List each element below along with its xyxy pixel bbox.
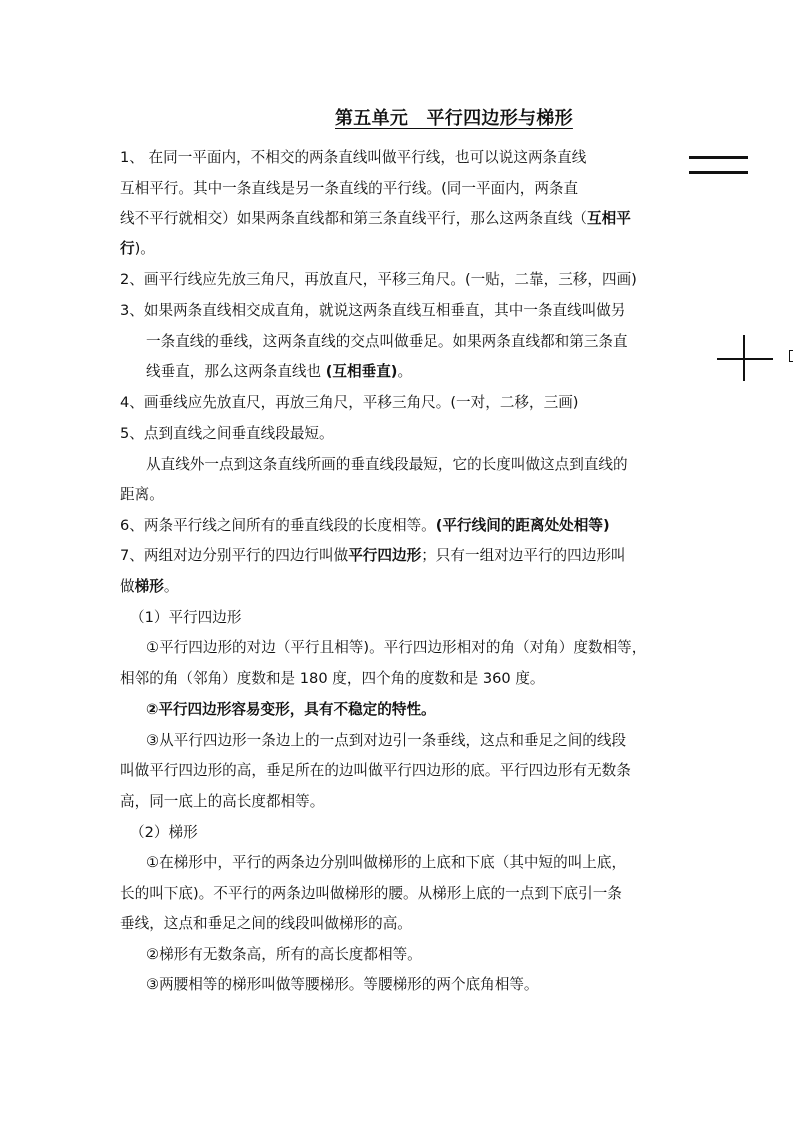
bold-text: (互相垂直) — [326, 363, 398, 380]
text-line: 4、画垂线应先放直尺，再放三角尺，平移三角尺。(一对，二移，三画) — [120, 393, 579, 413]
text-line: 垂线，这点和垂足之间的线段叫做梯形的高。 — [120, 914, 412, 934]
text-span: 长的叫下底)。不平行的两条边叫做梯形的腰。从梯形上底的一点到下底引一条 — [120, 885, 622, 902]
text-span: 6、两条平行线之间所有的垂直线段的长度相等。 — [120, 517, 436, 534]
text-span: 从直线外一点到这条直线所画的垂直线段最短，它的长度叫做这点到直线的 — [146, 456, 628, 473]
text-line: 互相平行。其中一条直线是另一条直线的平行线。(同一平面内，两条直 — [120, 179, 578, 199]
text-line: 做梯形。 — [120, 577, 178, 597]
subsection-heading: （2）梯形 — [130, 823, 198, 843]
text-span: 线不平行就相交）如果两条直线都和第三条直线平行，那么这两条直线（ — [120, 210, 587, 227]
equals-mark-icon — [689, 156, 748, 159]
text-span: 叫做平行四边形的高，垂足所在的边叫做平行四边形的底。平行四边形有无数条 — [120, 762, 631, 779]
text-span: 。 — [397, 363, 412, 380]
bracket-mark-icon — [789, 350, 793, 362]
text-span: 4、画垂线应先放直尺，再放三角尺，平移三角尺。(一对，二移，三画) — [120, 394, 579, 411]
text-line: ③从平行四边形一条边上的一点到对边引一条垂线，这点和垂足之间的线段 — [146, 731, 626, 751]
bold-text: 梯形 — [135, 578, 164, 595]
text-span: 7、两组对边分别平行的四边行叫做 — [120, 547, 348, 564]
text-span: ①平行四边形的对边（平行且相等)。平行四边形相对的角（对角）度数相等， — [146, 639, 646, 656]
bold-text: 平行四边形 — [348, 547, 421, 564]
text-span: 3、如果两条直线相交成直角，就说这两条直线互相垂直，其中一条直线叫做另 — [120, 302, 625, 319]
subsection-heading: （1）平行四边形 — [130, 608, 241, 628]
text-line: ②平行四边形容易变形，具有不稳定的特性。 — [146, 700, 436, 720]
text-span: （1）平行四边形 — [130, 609, 241, 626]
text-line: ③两腰相等的梯形叫做等腰梯形。等腰梯形的两个底角相等。 — [146, 975, 539, 995]
text-span: 1、 在同一平面内，不相交的两条直线叫做平行线，也可以说这两条直线 — [120, 149, 586, 166]
text-span: 。 — [164, 578, 179, 595]
text-span: 垂线，这点和垂足之间的线段叫做梯形的高。 — [120, 915, 412, 932]
text-span: （2）梯形 — [130, 824, 198, 841]
text-line: 3、如果两条直线相交成直角，就说这两条直线互相垂直，其中一条直线叫做另 — [120, 301, 625, 321]
text-span: ②梯形有无数条高，所有的高长度都相等。 — [146, 946, 422, 963]
text-span: 高，同一底上的高长度都相等。 — [120, 793, 324, 810]
text-line: 1、 在同一平面内，不相交的两条直线叫做平行线，也可以说这两条直线 — [120, 148, 586, 168]
text-span: 相邻的角（邻角）度数和是 180 度，四个角的度数和是 360 度。 — [120, 670, 545, 687]
text-span: 线垂直，那么这两条直线也 — [146, 363, 326, 380]
text-line: 从直线外一点到这条直线所画的垂直线段最短，它的长度叫做这点到直线的 — [146, 455, 628, 475]
equals-mark-icon — [689, 171, 748, 174]
text-span: ③从平行四边形一条边上的一点到对边引一条垂线，这点和垂足之间的线段 — [146, 732, 626, 749]
text-span: ①在梯形中，平行的两条边分别叫做梯形的上底和下底（其中短的叫上底， — [146, 854, 626, 871]
text-span: ；只有一组对边平行的四边形叫 — [421, 547, 625, 564]
text-span: 做 — [120, 578, 135, 595]
text-line: 7、两组对边分别平行的四边行叫做平行四边形；只有一组对边平行的四边形叫 — [120, 546, 626, 566]
text-line: ②梯形有无数条高，所有的高长度都相等。 — [146, 945, 422, 965]
text-line: 线垂直，那么这两条直线也 (互相垂直)。 — [146, 362, 412, 382]
text-line: 5、点到直线之间垂直线段最短。 — [120, 424, 334, 444]
text-span: 2、画平行线应先放三角尺，再放直尺，平移三角尺。(一贴，二靠，三移，四画) — [120, 271, 637, 288]
crosshair-icon — [717, 358, 773, 360]
bold-text: 行 — [120, 240, 135, 257]
text-line: 2、画平行线应先放三角尺，再放直尺，平移三角尺。(一贴，二靠，三移，四画) — [120, 270, 637, 290]
bold-text: 互相平 — [587, 210, 631, 227]
text-line: ①平行四边形的对边（平行且相等)。平行四边形相对的角（对角）度数相等， — [146, 638, 646, 658]
text-line: 一条直线的垂线，这两条直线的交点叫做垂足。如果两条直线都和第三条直 — [146, 332, 628, 352]
text-span: ③两腰相等的梯形叫做等腰梯形。等腰梯形的两个底角相等。 — [146, 976, 539, 993]
text-line: 长的叫下底)。不平行的两条边叫做梯形的腰。从梯形上底的一点到下底引一条 — [120, 884, 622, 904]
text-line: 高，同一底上的高长度都相等。 — [120, 792, 324, 812]
bold-text: (平行线间的距离处处相等) — [436, 517, 610, 534]
text-line: ①在梯形中，平行的两条边分别叫做梯形的上底和下底（其中短的叫上底， — [146, 853, 626, 873]
crosshair-icon — [743, 335, 745, 381]
page-title: 第五单元 平行四边形与梯形 — [335, 104, 573, 130]
text-span: 一条直线的垂线，这两条直线的交点叫做垂足。如果两条直线都和第三条直 — [146, 333, 628, 350]
text-span: 距离。 — [120, 486, 164, 503]
document-page: 第五单元 平行四边形与梯形 1、 在同一平面内，不相交的两条直线叫做平行线，也可… — [0, 0, 793, 1122]
text-span: 5、点到直线之间垂直线段最短。 — [120, 425, 334, 442]
text-span: 互相平行。其中一条直线是另一条直线的平行线。(同一平面内，两条直 — [120, 180, 578, 197]
text-line: 叫做平行四边形的高，垂足所在的边叫做平行四边形的底。平行四边形有无数条 — [120, 761, 631, 781]
text-line: 距离。 — [120, 485, 164, 505]
text-line: 相邻的角（邻角）度数和是 180 度，四个角的度数和是 360 度。 — [120, 669, 545, 689]
text-line: 行)。 — [120, 239, 155, 259]
bold-text: ②平行四边形容易变形，具有不稳定的特性。 — [146, 701, 436, 718]
text-line: 线不平行就相交）如果两条直线都和第三条直线平行，那么这两条直线（互相平 — [120, 209, 631, 229]
text-span: )。 — [135, 240, 155, 257]
text-line: 6、两条平行线之间所有的垂直线段的长度相等。(平行线间的距离处处相等) — [120, 516, 610, 536]
